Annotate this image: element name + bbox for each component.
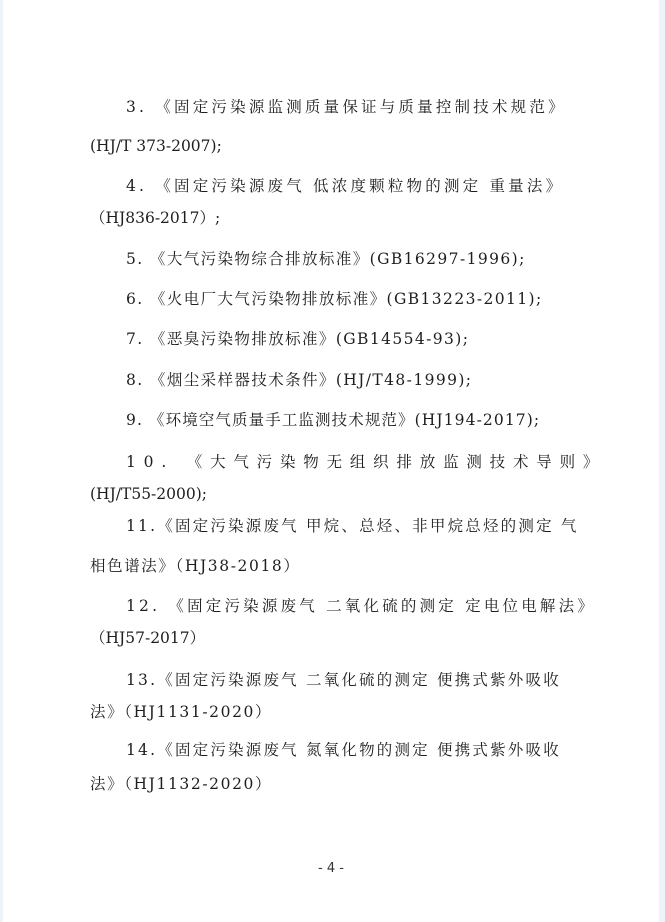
- reference-10-line-1: 10. 《大气污染物无组织排放监测技术导则》: [126, 452, 606, 472]
- reference-14-line-2: 法》（HJ1132-2020）: [90, 774, 272, 794]
- page-number: - 4 -: [3, 861, 659, 876]
- reference-13-line-2: 法》（HJ1131-2020）: [90, 702, 272, 722]
- reference-11-line-1: 11.《固定污染源废气 甲烷、总烃、非甲烷总烃的测定 气: [126, 516, 579, 536]
- reference-12-line-1: 12. 《固定污染源废气 二氧化硫的测定 定电位电解法》: [126, 596, 596, 616]
- reference-9: 9. 《环境空气质量手工监测技术规范》(HJ194-2017);: [126, 410, 540, 430]
- reference-3-line-1: 3. 《固定污染源监测质量保证与质量控制技术规范》: [126, 97, 567, 117]
- reference-12-line-2: （HJ57-2017）: [90, 628, 205, 648]
- reference-3-line-2: (HJ/T 373-2007);: [90, 136, 222, 156]
- reference-7: 7. 《恶臭污染物排放标准》(GB14554-93);: [126, 329, 469, 349]
- reference-14-line-1: 14.《固定污染源废气 氮氧化物的测定 便携式紫外吸收: [126, 740, 561, 760]
- reference-5: 5. 《大气污染物综合排放标准》(GB16297-1996);: [126, 249, 526, 269]
- reference-6: 6. 《火电厂大气污染物排放标准》(GB13223-2011);: [126, 289, 543, 309]
- reference-13-line-1: 13.《固定污染源废气 二氧化硫的测定 便携式紫外吸收: [126, 670, 561, 690]
- reference-11-line-2: 相色谱法》（HJ38-2018）: [90, 556, 301, 576]
- reference-4-line-1: 4. 《固定污染源废气 低浓度颗粒物的测定 重量法》: [126, 176, 564, 196]
- document-page: 3. 《固定污染源监测质量保证与质量控制技术规范》 (HJ/T 373-2007…: [3, 0, 659, 922]
- reference-4-line-2: （HJ836-2017）;: [90, 208, 220, 228]
- reference-8: 8. 《烟尘采样器技术条件》(HJ/T48-1999);: [126, 370, 472, 390]
- reference-10-line-2: (HJ/T55-2000);: [90, 484, 207, 504]
